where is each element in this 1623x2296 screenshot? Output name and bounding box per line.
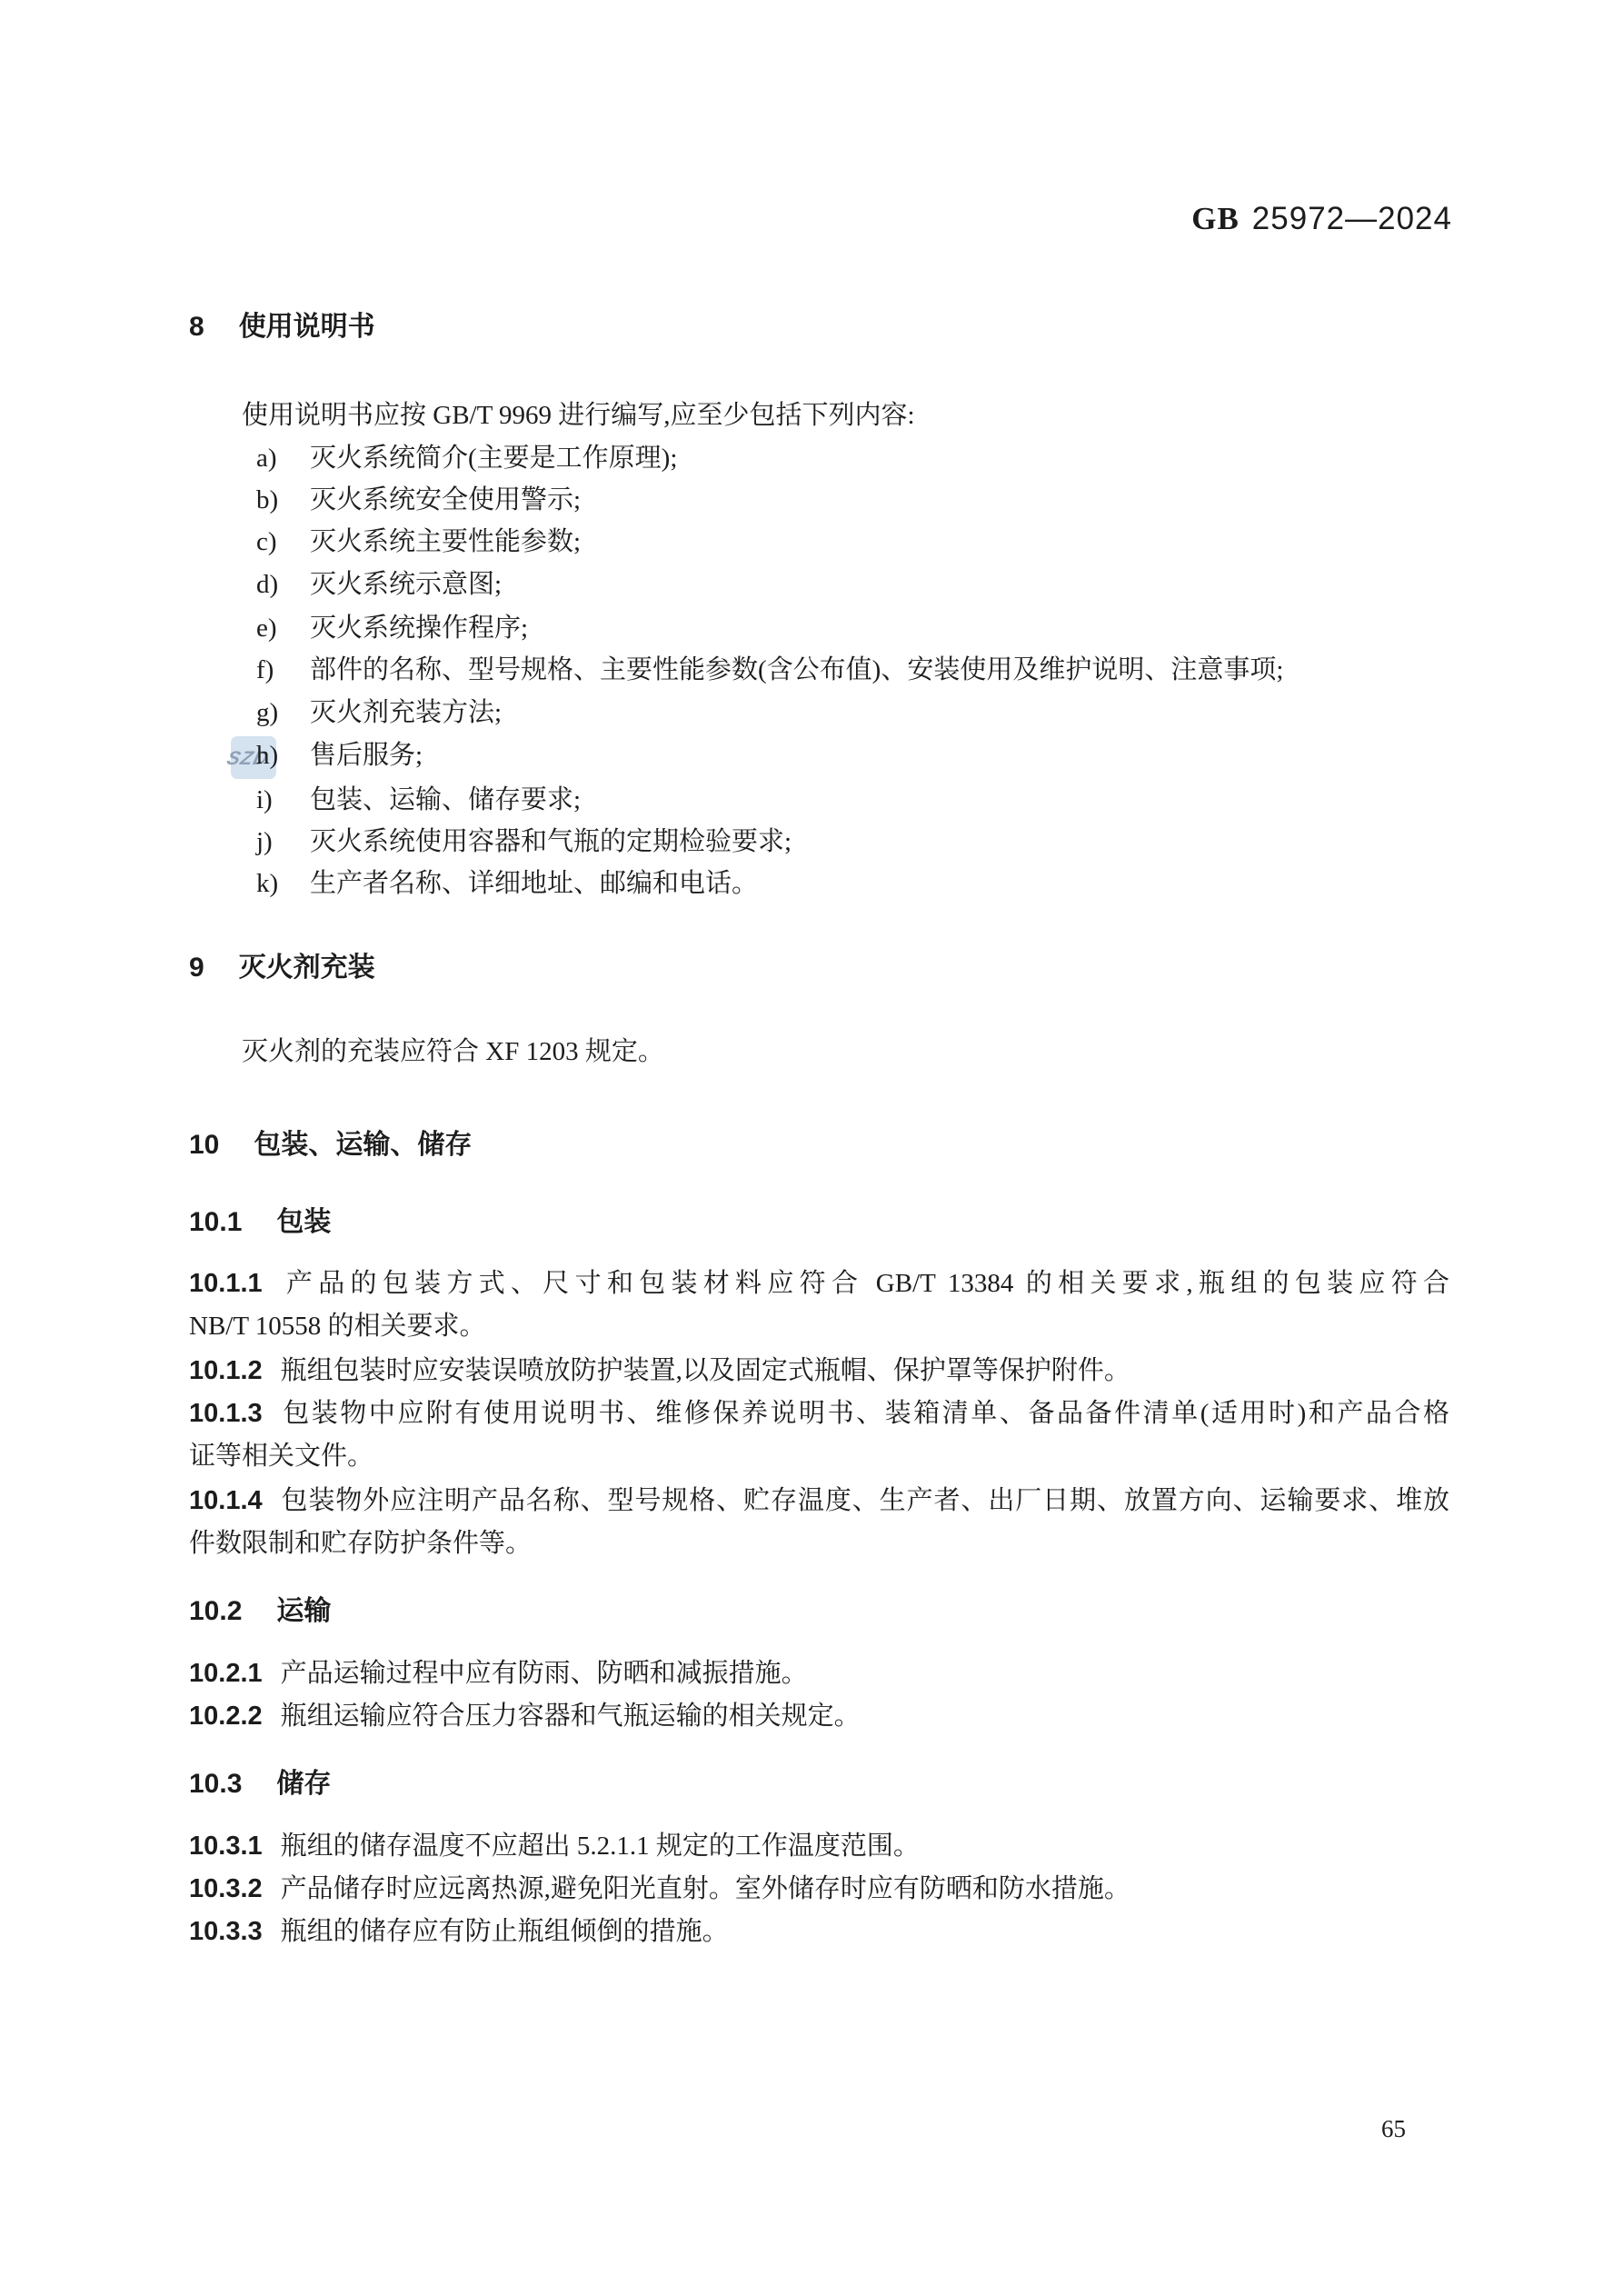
clause-10-1-1-text1: 产品的包装方式、尺寸和包装材料应符合 GB/T 13384 的相关要求,瓶组的包… — [281, 1269, 1449, 1298]
clause-10-3-2-number: 10.3.2 — [189, 1874, 263, 1903]
list-label-h: h) — [256, 734, 310, 776]
list-item-b: b)灭火系统安全使用警示; — [256, 479, 1456, 521]
list-item-d: d)灭火系统示意图; — [256, 564, 1456, 605]
clause-10-2-2: 10.2.2瓶组运输应符合压力容器和气瓶运输的相关规定。 — [189, 1695, 1449, 1738]
heading-section-10: 10包装、运输、储存 — [189, 1123, 1449, 1166]
list-label-k: k) — [256, 863, 310, 904]
list-item-a: a)灭火系统简介(主要是工作原理); — [256, 437, 1456, 479]
clause-10-1-2-line1: 10.1.2瓶组包装时应安装误喷放防护装置,以及固定式瓶帽、保护罩等保护附件。 — [189, 1350, 1449, 1393]
list-item-c: c)灭火系统主要性能参数; — [256, 521, 1456, 563]
list-label-e: e) — [256, 607, 310, 649]
heading-section-10-1: 10.1包装 — [189, 1201, 1449, 1243]
clause-10-1-2: 10.1.2瓶组包装时应安装误喷放防护装置,以及固定式瓶帽、保护罩等保护附件。 — [189, 1350, 1449, 1393]
heading-10-2-number: 10.2 — [189, 1596, 242, 1626]
heading-10-2-title: 运输 — [276, 1596, 331, 1626]
list-label-g: g) — [256, 692, 310, 734]
list-text-f: 部件的名称、型号规格、主要性能参数(含公布值)、安装使用及维护说明、注意事项; — [310, 655, 1283, 684]
clause-10-1-3-line2: 证等相关文件。 — [189, 1435, 1449, 1478]
clause-10-1-1-number: 10.1.1 — [189, 1269, 263, 1298]
heading-10-3-number: 10.3 — [189, 1769, 242, 1799]
section-8-intro: 使用说明书应按 GB/T 9969 进行编写,应至少包括下列内容: — [242, 394, 1449, 437]
clause-10-1-2-number: 10.1.2 — [189, 1356, 263, 1385]
clause-10-2-1-number: 10.2.1 — [189, 1659, 263, 1688]
list-label-j: j) — [256, 821, 310, 863]
heading-10-title: 包装、运输、储存 — [254, 1130, 472, 1160]
heading-9-number: 9 — [189, 953, 204, 983]
clause-10-1-2-text1: 瓶组包装时应安装误喷放防护装置,以及固定式瓶帽、保护罩等保护附件。 — [281, 1356, 1130, 1385]
list-text-a: 灭火系统简介(主要是工作原理); — [310, 444, 677, 473]
clause-10-1-3-line1: 10.1.3包装物中应附有使用说明书、维修保养说明书、装箱清单、备品备件清单(适… — [189, 1393, 1449, 1435]
clause-10-3-3-number: 10.3.3 — [189, 1917, 263, 1946]
list-text-k: 生产者名称、详细地址、邮编和电话。 — [310, 869, 758, 898]
list-label-i: i) — [256, 779, 310, 821]
clause-10-1-1-line1: 10.1.1产品的包装方式、尺寸和包装材料应符合 GB/T 13384 的相关要… — [189, 1263, 1449, 1305]
clause-10-2-1: 10.2.1产品运输过程中应有防雨、防晒和减振措施。 — [189, 1652, 1449, 1695]
list-label-d: d) — [256, 564, 310, 605]
clause-10-1-1-line2: NB/T 10558 的相关要求。 — [189, 1305, 1449, 1348]
list-label-c: c) — [256, 521, 310, 563]
clause-10-1-4-number: 10.1.4 — [189, 1486, 263, 1515]
list-text-g: 灭火剂充装方法; — [310, 698, 502, 727]
section-9-paragraph: 灭火剂的充装应符合 XF 1203 规定。 — [242, 1031, 1449, 1073]
list-text-b: 灭火系统安全使用警示; — [310, 485, 581, 514]
list-text-j: 灭火系统使用容器和气瓶的定期检验要求; — [310, 827, 792, 856]
clause-10-2-1-text1: 产品运输过程中应有防雨、防晒和减振措施。 — [281, 1659, 808, 1688]
list-item-h: h)售后服务; — [256, 734, 1456, 776]
list-item-g: g)灭火剂充装方法; — [256, 692, 1456, 734]
clause-10-3-2-line1: 10.3.2产品储存时应远离热源,避免阳光直射。室外储存时应有防晒和防水措施。 — [189, 1868, 1449, 1911]
document-page: SZD GB25972—2024 8使用说明书 使用说明书应按 GB/T 996… — [0, 0, 1623, 2296]
heading-10-number: 10 — [189, 1130, 219, 1160]
clause-10-3-3: 10.3.3瓶组的储存应有防止瓶组倾倒的措施。 — [189, 1911, 1449, 1953]
list-text-d: 灭火系统示意图; — [310, 570, 502, 599]
list-item-j: j)灭火系统使用容器和气瓶的定期检验要求; — [256, 821, 1456, 863]
heading-section-8: 8使用说明书 — [189, 305, 1449, 348]
clause-10-1-3-text1: 包装物中应附有使用说明书、维修保养说明书、装箱清单、备品备件清单(适用时)和产品… — [281, 1399, 1449, 1428]
clause-10-3-3-text1: 瓶组的储存应有防止瓶组倾倒的措施。 — [281, 1917, 729, 1946]
list-text-i: 包装、运输、储存要求; — [310, 785, 581, 814]
clause-10-1-3-number: 10.1.3 — [189, 1399, 263, 1428]
list-item-f: f)部件的名称、型号规格、主要性能参数(含公布值)、安装使用及维护说明、注意事项… — [256, 649, 1456, 691]
clause-10-1-4-line1: 10.1.4包装物外应注明产品名称、型号规格、贮存温度、生产者、出厂日期、放置方… — [189, 1480, 1449, 1522]
clause-10-3-2: 10.3.2产品储存时应远离热源,避免阳光直射。室外储存时应有防晒和防水措施。 — [189, 1868, 1449, 1911]
heading-9-title: 灭火剂充装 — [239, 953, 375, 983]
list-item-i: i)包装、运输、储存要求; — [256, 779, 1456, 821]
clause-10-2-2-text1: 瓶组运输应符合压力容器和气瓶运输的相关规定。 — [281, 1702, 861, 1731]
list-text-e: 灭火系统操作程序; — [310, 614, 528, 643]
clause-10-2-2-line1: 10.2.2瓶组运输应符合压力容器和气瓶运输的相关规定。 — [189, 1695, 1449, 1738]
heading-10-3-title: 储存 — [276, 1769, 331, 1799]
clause-10-3-2-text1: 产品储存时应远离热源,避免阳光直射。室外储存时应有防晒和防水措施。 — [281, 1874, 1130, 1903]
heading-section-10-3: 10.3储存 — [189, 1762, 1449, 1805]
clause-10-1-3: 10.1.3包装物中应附有使用说明书、维修保养说明书、装箱清单、备品备件清单(适… — [189, 1393, 1449, 1478]
list-label-a: a) — [256, 437, 310, 479]
list-item-e: e)灭火系统操作程序; — [256, 607, 1456, 649]
list-item-k: k)生产者名称、详细地址、邮编和电话。 — [256, 863, 1456, 904]
list-text-c: 灭火系统主要性能参数; — [310, 527, 581, 556]
clause-10-1-4: 10.1.4包装物外应注明产品名称、型号规格、贮存温度、生产者、出厂日期、放置方… — [189, 1480, 1449, 1565]
list-label-f: f) — [256, 649, 310, 691]
clause-10-3-1-line1: 10.3.1瓶组的储存温度不应超出 5.2.1.1 规定的工作温度范围。 — [189, 1825, 1449, 1868]
heading-8-title: 使用说明书 — [239, 312, 375, 342]
document-content: GB25972—2024 8使用说明书 使用说明书应按 GB/T 9969 进行… — [0, 0, 1623, 2296]
list-text-h: 售后服务; — [310, 741, 423, 770]
clause-10-3-1-number: 10.3.1 — [189, 1832, 263, 1861]
heading-section-10-2: 10.2运输 — [189, 1590, 1449, 1632]
heading-10-1-title: 包装 — [276, 1207, 331, 1237]
list-label-b: b) — [256, 479, 310, 521]
heading-section-9: 9灭火剂充装 — [189, 946, 1449, 989]
clause-10-3-3-line1: 10.3.3瓶组的储存应有防止瓶组倾倒的措施。 — [189, 1911, 1449, 1953]
standard-code-prefix: GB — [1191, 201, 1240, 236]
clause-10-3-1: 10.3.1瓶组的储存温度不应超出 5.2.1.1 规定的工作温度范围。 — [189, 1825, 1449, 1868]
clause-10-1-1: 10.1.1产品的包装方式、尺寸和包装材料应符合 GB/T 13384 的相关要… — [189, 1263, 1449, 1348]
standard-code: GB25972—2024 — [1191, 200, 1452, 238]
clause-10-1-4-line2: 件数限制和贮存防护条件等。 — [189, 1522, 1449, 1565]
clause-10-2-1-line1: 10.2.1产品运输过程中应有防雨、防晒和减振措施。 — [189, 1652, 1449, 1695]
page-number: 65 — [1381, 2114, 1406, 2143]
heading-10-1-number: 10.1 — [189, 1207, 242, 1237]
clause-10-1-4-text1: 包装物外应注明产品名称、型号规格、贮存温度、生产者、出厂日期、放置方向、运输要求… — [281, 1486, 1449, 1515]
clause-10-2-2-number: 10.2.2 — [189, 1702, 263, 1731]
clause-10-3-1-text1: 瓶组的储存温度不应超出 5.2.1.1 规定的工作温度范围。 — [281, 1832, 920, 1861]
heading-8-number: 8 — [189, 312, 204, 342]
standard-code-number: 25972—2024 — [1252, 201, 1452, 236]
